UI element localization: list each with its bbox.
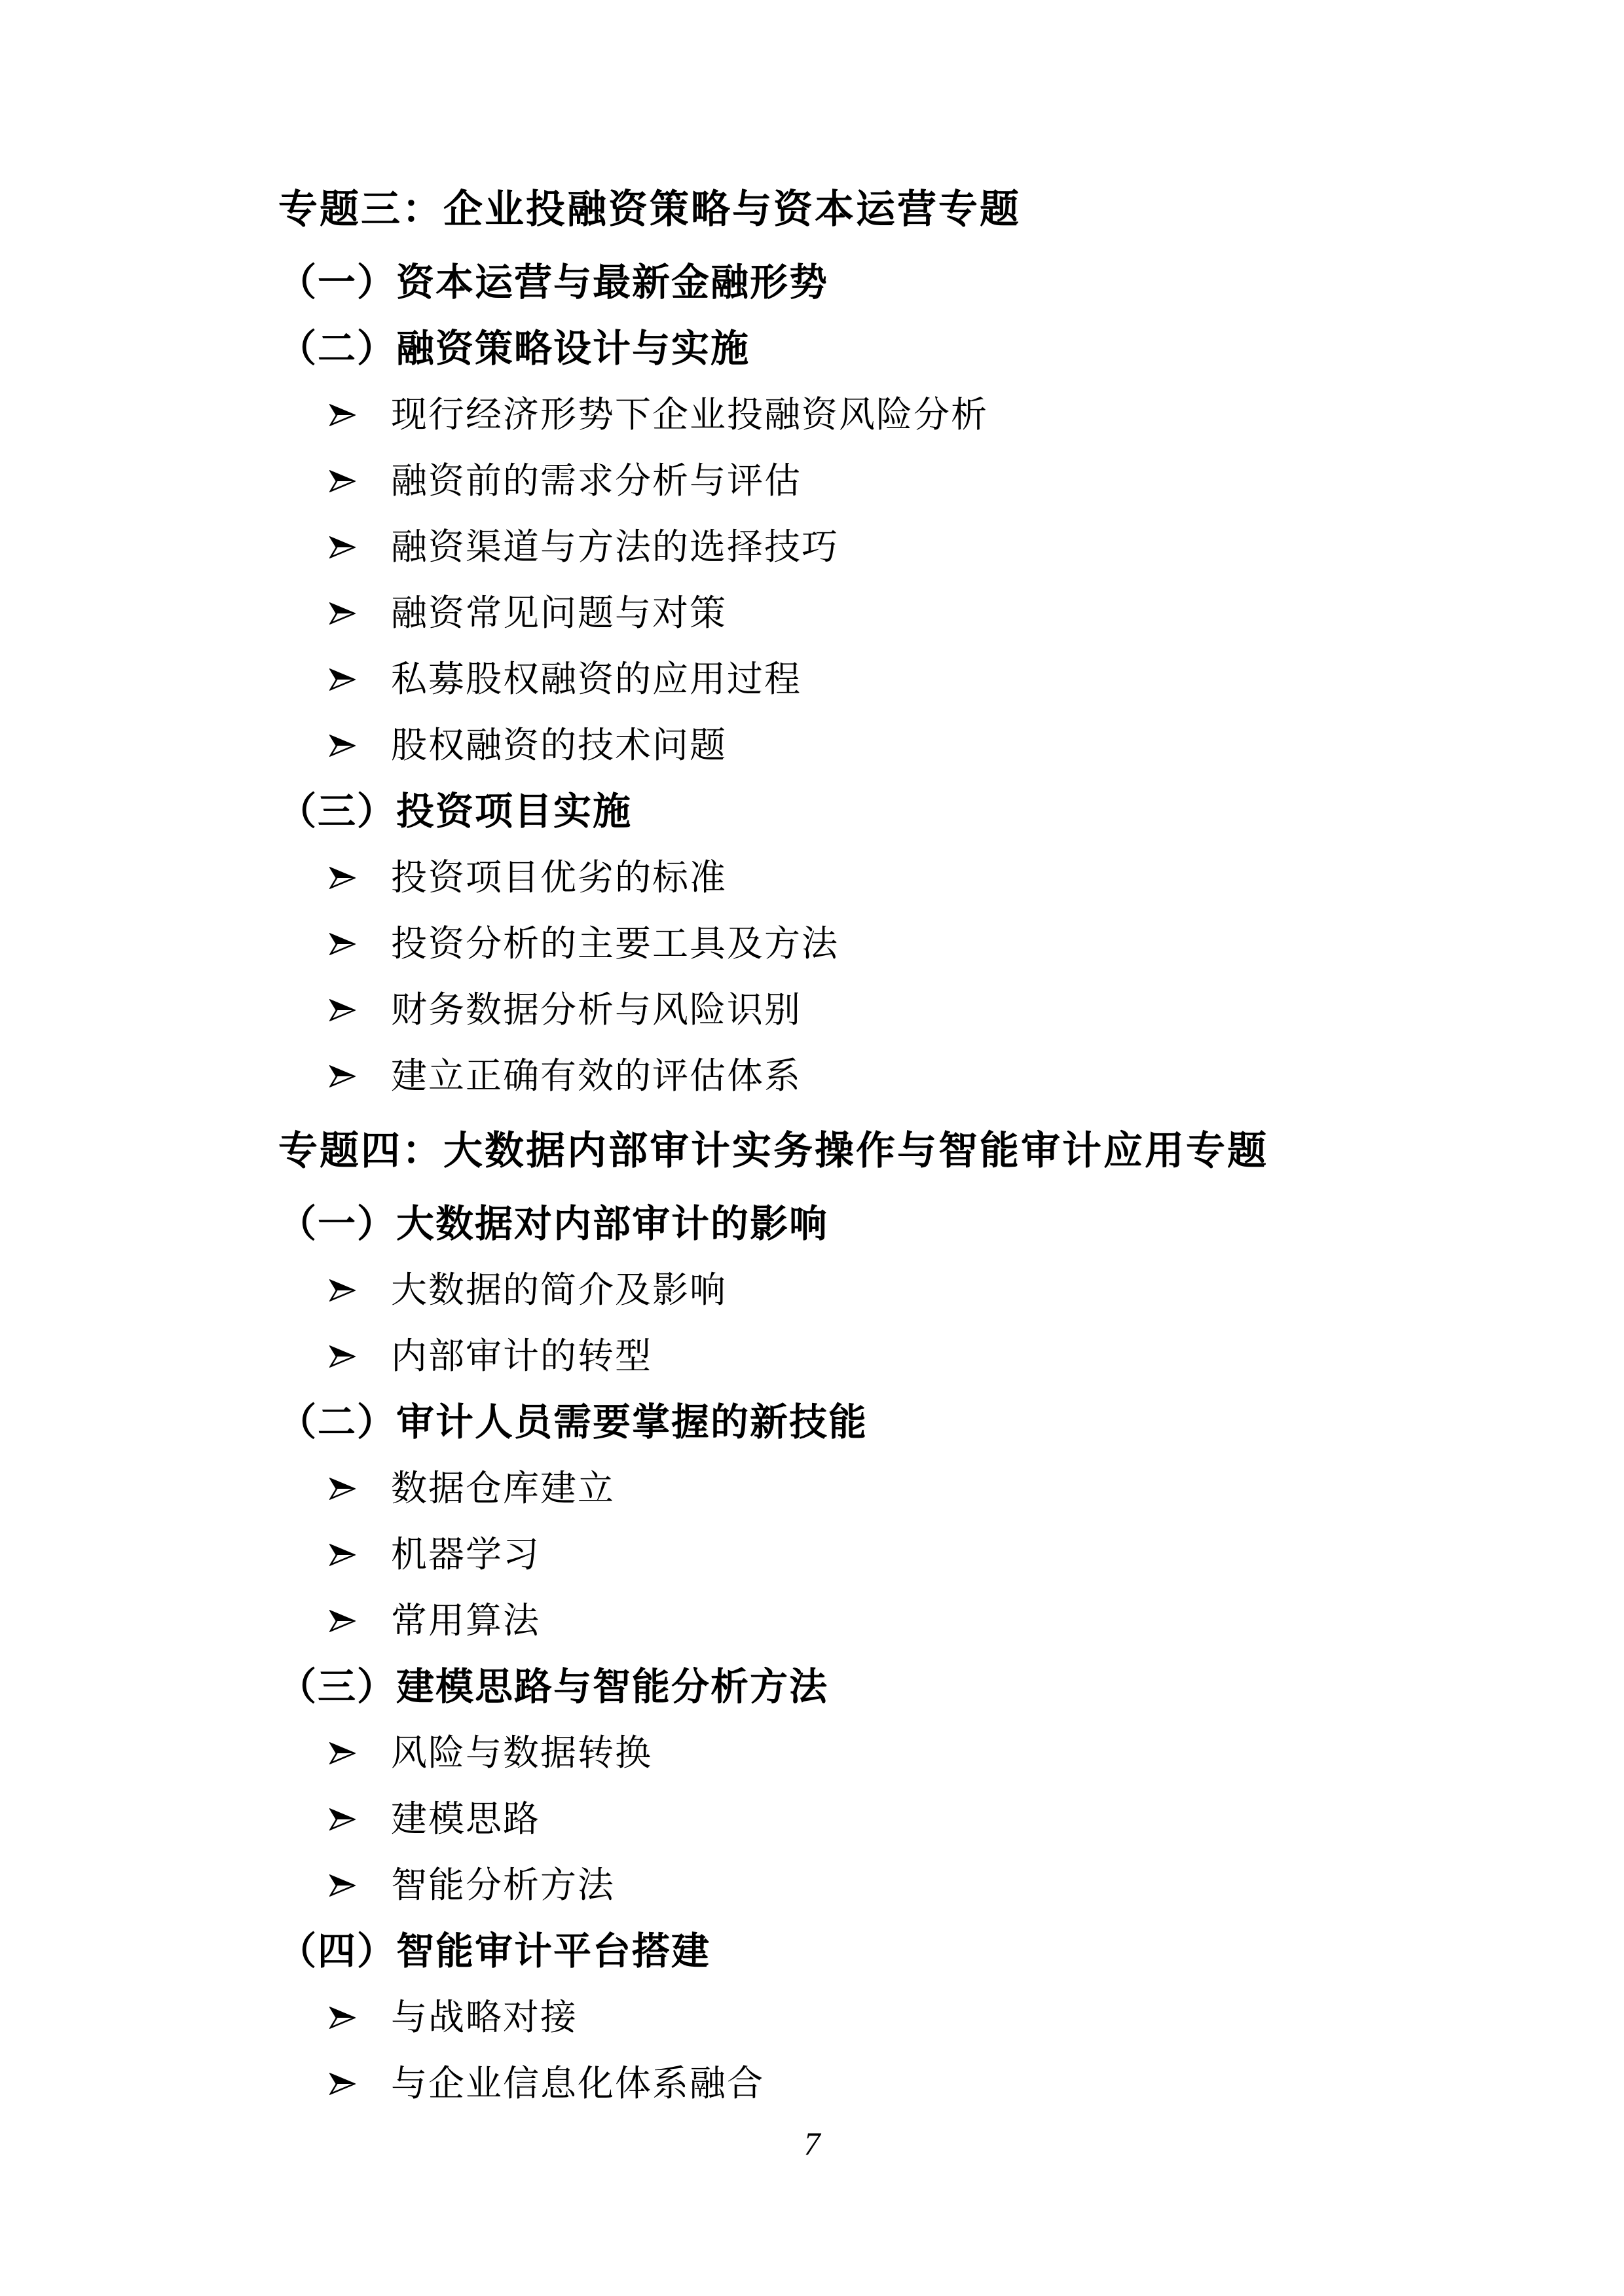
bullet-text: 财务数据分析与风险识别 (391, 990, 802, 1030)
sub-heading: （一）资本运营与最新金融形势 (278, 249, 1431, 316)
topic-heading: 专题四：大数据内部审计实务操作与智能审计应用专题 (278, 1118, 1431, 1184)
arrowhead-bullet-icon (329, 867, 356, 889)
bullet-item: 投资分析的主要工具及方法 (278, 911, 1431, 977)
arrowhead-bullet-icon (329, 1345, 356, 1368)
bullet-text: 数据仓库建立 (391, 1468, 615, 1508)
arrowhead-bullet-icon (329, 1544, 356, 1566)
arrowhead-bullet-icon (329, 1874, 356, 1897)
bullet-text: 融资渠道与方法的选择技巧 (391, 527, 839, 567)
arrowhead-bullet-icon (329, 1610, 356, 1632)
bullet-item: 与战略对接 (278, 1984, 1431, 2050)
bullet-text: 机器学习 (391, 1535, 540, 1575)
bullet-text: 与战略对接 (391, 1997, 578, 2037)
bullet-text: 大数据的简介及影响 (391, 1270, 727, 1310)
bullet-item: 数据仓库建立 (278, 1455, 1431, 1522)
bullet-text: 风险与数据转换 (391, 1733, 652, 1773)
sub-heading: （三）投资项目实施 (278, 778, 1431, 845)
bullet-text: 建立正确有效的评估体系 (391, 1056, 802, 1096)
bullet-text: 融资常见问题与对策 (391, 593, 727, 633)
arrowhead-bullet-icon (329, 1808, 356, 1831)
bullet-text: 私募股权融资的应用过程 (391, 659, 802, 699)
arrowhead-bullet-icon (329, 933, 356, 955)
sub-heading: （二）审计人员需要掌握的新技能 (278, 1389, 1431, 1455)
arrowhead-bullet-icon (329, 602, 356, 625)
arrowhead-bullet-icon (329, 2073, 356, 2095)
bullet-item: 大数据的简介及影响 (278, 1257, 1431, 1323)
bullet-text: 投资分析的主要工具及方法 (391, 924, 839, 964)
bullet-item: 私募股权融资的应用过程 (278, 646, 1431, 712)
bullet-item: 常用算法 (278, 1588, 1431, 1654)
arrowhead-bullet-icon (329, 999, 356, 1021)
bullet-item: 现行经济形势下企业投融资风险分析 (278, 382, 1431, 448)
arrowhead-bullet-icon (329, 668, 356, 691)
bullet-text: 与企业信息化体系融合 (391, 2064, 764, 2104)
arrowhead-bullet-icon (329, 1478, 356, 1500)
arrowhead-bullet-icon (329, 2007, 356, 2029)
page-number: 7 (0, 2124, 1624, 2162)
bullet-item: 股权融资的技术问题 (278, 712, 1431, 778)
bullet-item: 机器学习 (278, 1522, 1431, 1588)
arrowhead-bullet-icon (329, 536, 356, 558)
arrowhead-bullet-icon (329, 1065, 356, 1087)
sub-heading: （四）智能审计平台搭建 (278, 1918, 1431, 1984)
bullet-item: 内部审计的转型 (278, 1323, 1431, 1389)
bullet-text: 常用算法 (391, 1601, 540, 1641)
topic-heading: 专题三：企业投融资策略与资本运营专题 (278, 177, 1431, 243)
bullet-text: 智能分析方法 (391, 1865, 615, 1905)
arrowhead-bullet-icon (329, 404, 356, 426)
bullet-item: 风险与数据转换 (278, 1720, 1431, 1786)
arrowhead-bullet-icon (329, 1279, 356, 1302)
bullet-text: 建模思路 (391, 1799, 540, 1839)
bullet-item: 智能分析方法 (278, 1852, 1431, 1918)
bullet-text: 投资项目优劣的标准 (391, 858, 727, 898)
bullet-item: 融资常见问题与对策 (278, 580, 1431, 646)
arrowhead-bullet-icon (329, 470, 356, 492)
bullet-text: 股权融资的技术问题 (391, 725, 727, 765)
bullet-item: 财务数据分析与风险识别 (278, 977, 1431, 1043)
outline: 专题三：企业投融资策略与资本运营专题（一）资本运营与最新金融形势（二）融资策略设… (278, 177, 1431, 2117)
bullet-item: 与企业信息化体系融合 (278, 2050, 1431, 2117)
bullet-item: 融资前的需求分析与评估 (278, 448, 1431, 514)
bullet-text: 内部审计的转型 (391, 1336, 652, 1376)
bullet-item: 建模思路 (278, 1786, 1431, 1852)
sub-heading: （二）融资策略设计与实施 (278, 316, 1431, 382)
bullet-item: 融资渠道与方法的选择技巧 (278, 514, 1431, 580)
bullet-item: 建立正确有效的评估体系 (278, 1043, 1431, 1109)
sub-heading: （三）建模思路与智能分析方法 (278, 1654, 1431, 1720)
arrowhead-bullet-icon (329, 735, 356, 757)
bullet-text: 融资前的需求分析与评估 (391, 461, 802, 501)
sub-heading: （一）大数据对内部审计的影响 (278, 1191, 1431, 1257)
bullet-text: 现行经济形势下企业投融资风险分析 (391, 395, 988, 435)
document-page: 专题三：企业投融资策略与资本运营专题（一）资本运营与最新金融形势（二）融资策略设… (0, 0, 1624, 2296)
bullet-item: 投资项目优劣的标准 (278, 845, 1431, 911)
arrowhead-bullet-icon (329, 1742, 356, 1764)
